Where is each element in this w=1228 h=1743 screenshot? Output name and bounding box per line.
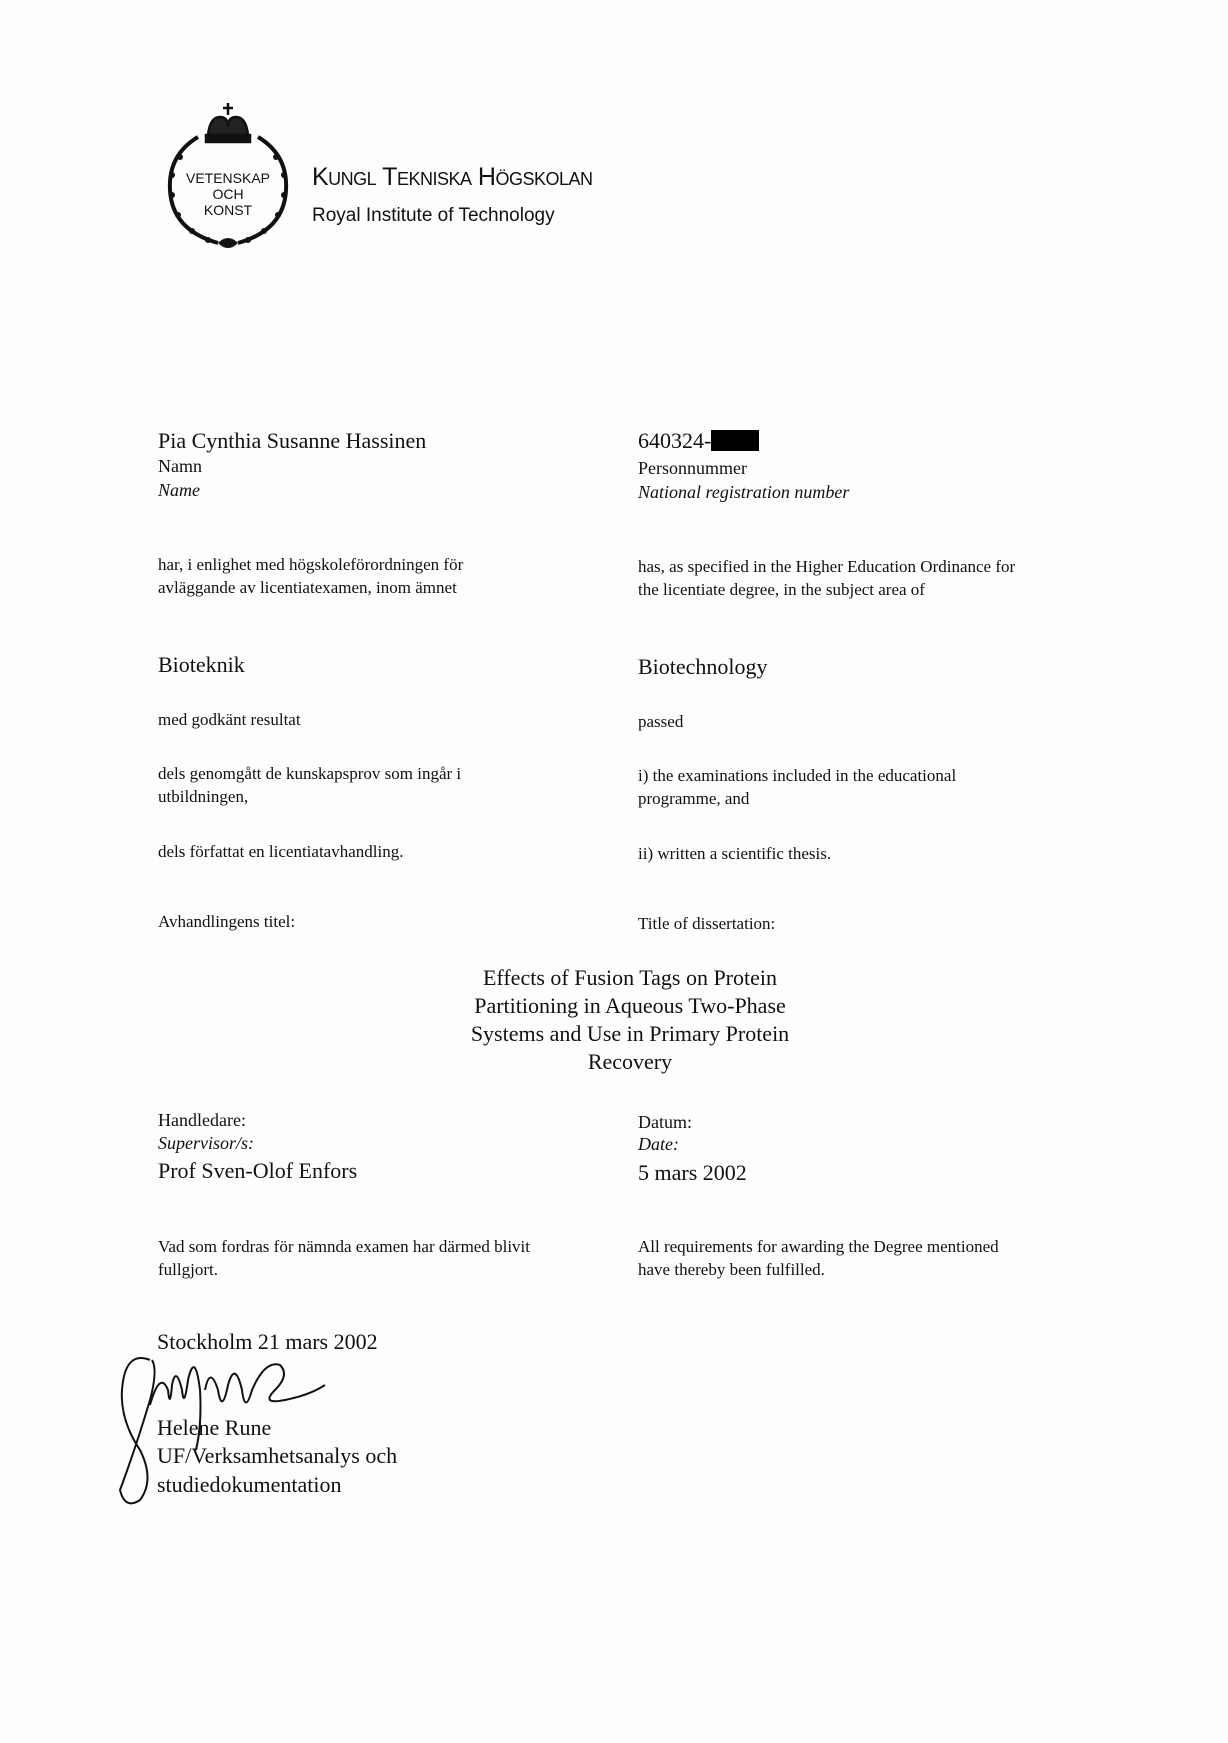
dissertation-label-sv: Avhandlingens titel:	[158, 910, 295, 933]
clause2-en: ii) written a scientific thesis.	[638, 842, 831, 865]
name-label-en: Name	[158, 480, 200, 501]
university-seal-logo: VETENSKAP OCH KONST	[158, 95, 298, 255]
clause2-sv: dels författat en licentiatavhandling.	[158, 840, 403, 863]
intro-en: has, as specified in the Higher Educatio…	[638, 555, 1015, 601]
result-en: passed	[638, 710, 683, 733]
registration-number: 640324-	[638, 428, 759, 454]
subject-en: Biotechnology	[638, 654, 768, 680]
name-label-sv: Namn	[158, 456, 202, 477]
supervisor-name: Prof Sven-Olof Enfors	[158, 1158, 357, 1184]
dissertation-title: Effects of Fusion Tags on Protein Partit…	[420, 964, 840, 1076]
holder-name: Pia Cynthia Susanne Hassinen	[158, 428, 426, 454]
signature-scribble-icon	[110, 1330, 390, 1510]
handwritten-signature	[110, 1330, 390, 1510]
supervisor-label-sv: Handledare:	[158, 1110, 246, 1131]
fulfilled-en: All requirements for awarding the Degree…	[638, 1235, 999, 1281]
subject-sv: Bioteknik	[158, 652, 245, 678]
date-label-en: Date:	[638, 1134, 679, 1155]
id-label-sv: Personnummer	[638, 458, 747, 479]
intro-sv: har, i enlighet med högskoleförordningen…	[158, 553, 463, 599]
institution-subtitle: Royal Institute of Technology	[312, 205, 555, 227]
registration-number-visible: 640324-	[638, 428, 711, 453]
fulfilled-sv: Vad som fordras för nämnda examen har dä…	[158, 1235, 530, 1281]
result-sv: med godkänt resultat	[158, 708, 301, 731]
institution-name: Kungl Tekniska Högskolan	[312, 163, 593, 192]
supervisor-label-en: Supervisor/s:	[158, 1133, 254, 1154]
svg-text:KONST: KONST	[204, 202, 253, 218]
date-label-sv: Datum:	[638, 1112, 692, 1133]
svg-text:VETENSKAP: VETENSKAP	[186, 170, 270, 186]
id-label-en: National registration number	[638, 482, 849, 503]
clause1-sv: dels genomgått de kunskapsprov som ingår…	[158, 762, 461, 808]
dissertation-label-en: Title of dissertation:	[638, 912, 775, 935]
seal-wreath-crown-icon: VETENSKAP OCH KONST	[158, 95, 298, 255]
svg-text:OCH: OCH	[212, 186, 243, 202]
date-value: 5 mars 2002	[638, 1160, 747, 1186]
redaction-block	[711, 430, 759, 451]
clause1-en: i) the examinations included in the educ…	[638, 764, 956, 810]
